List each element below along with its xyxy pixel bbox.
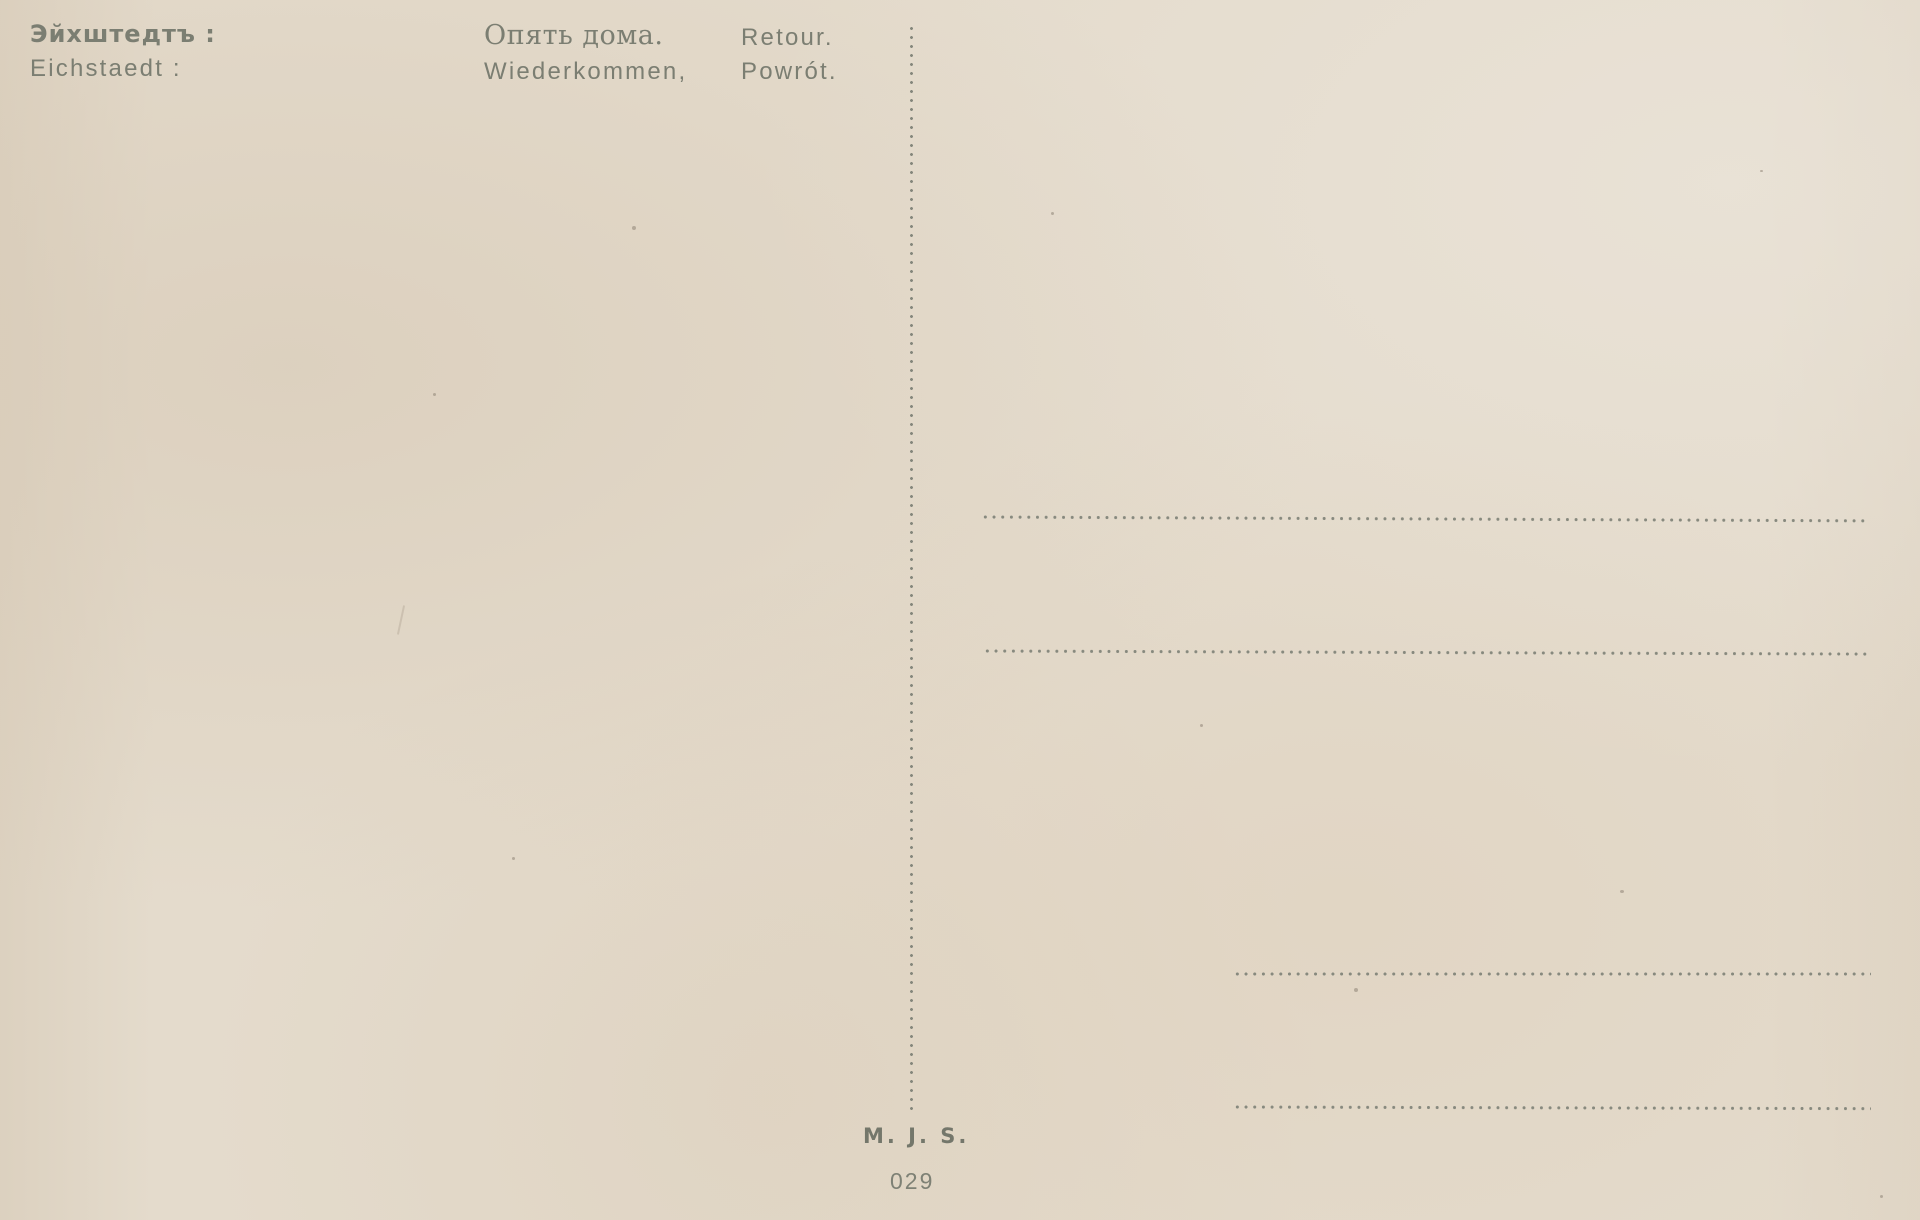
postcard-back: Эйхштедтъ : Eichstaedt : Опять дома. Ret…	[0, 0, 1920, 1220]
location-title-russian: Эйхштедтъ :	[30, 20, 216, 48]
paper-speck	[1200, 724, 1203, 727]
caption-russian: Опять дома.	[484, 20, 663, 51]
paper-speck	[1760, 170, 1763, 172]
caption-french: Retour.	[741, 24, 834, 52]
paper-speck	[433, 393, 436, 396]
center-divider-dotted-line	[910, 24, 913, 1114]
caption-polish: Powrót.	[741, 58, 838, 86]
address-line-3	[1233, 972, 1871, 976]
paper-speck	[632, 226, 636, 230]
location-title-latin: Eichstaedt :	[30, 55, 182, 83]
paper-speck	[1051, 212, 1054, 215]
paper-speck	[1354, 988, 1358, 992]
address-line-1	[981, 515, 1869, 523]
paper-speck	[397, 605, 405, 635]
address-line-2	[983, 649, 1870, 656]
caption-german: Wiederkommen,	[484, 58, 687, 86]
paper-speck	[1620, 890, 1624, 893]
address-line-4	[1233, 1105, 1871, 1111]
card-number: 029	[890, 1168, 934, 1195]
paper-speck	[1880, 1195, 1883, 1198]
paper-speck	[512, 857, 515, 860]
publisher-mark: M. J. S.	[863, 1124, 969, 1148]
